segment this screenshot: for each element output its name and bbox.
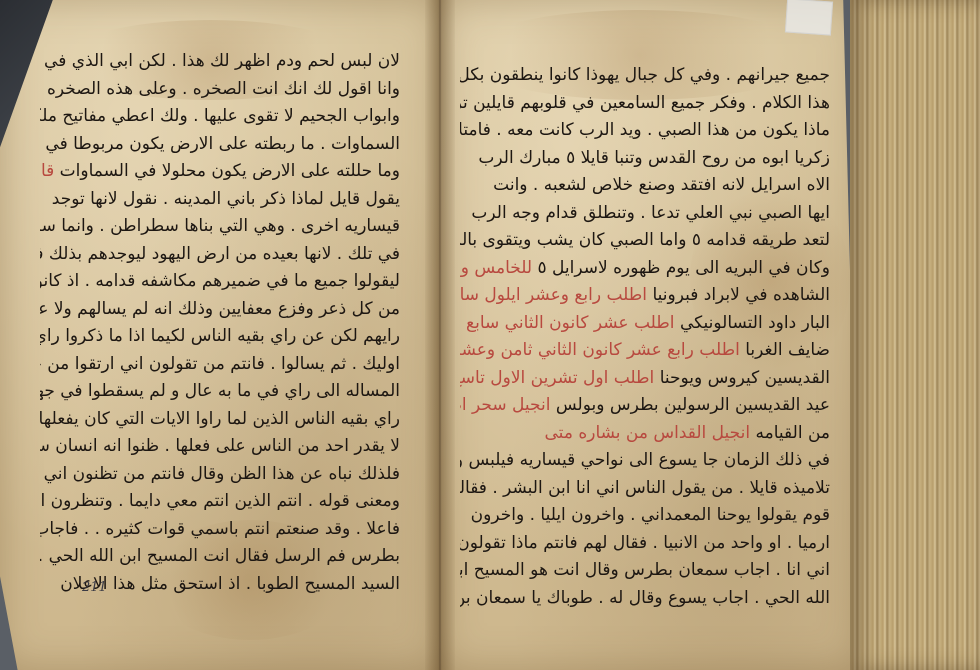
text-line: عيد القديسين الرسولين بطرس وبولس انجيل س… — [460, 392, 830, 420]
rubric-annotation: للخامس وعشرين — [460, 258, 532, 278]
text-line: ايها الصبي نبي العلي تدعا . وتنطلق قدام … — [460, 200, 830, 228]
text-line: وابواب الجحيم لا تقوى عليها . ولك اعطي م… — [40, 103, 400, 131]
rubric-annotation: اطلب اول تشرين الاول تاسع وعشر — [460, 368, 654, 388]
text-line: لا يقدر احد من الناس على فعلها . ظنوا ان… — [40, 433, 400, 461]
text-line: بطرس فم الرسل فقال انت المسيح ابن الله ا… — [40, 543, 400, 571]
text-line: فلذلك نباه عن هذا الظن وقال فانتم من تظن… — [40, 461, 400, 489]
text-line: فاعلا . وقد صنعتم انتم باسمي قوات كثيره … — [40, 516, 400, 544]
text-line: يقول قايل لماذا ذكر باني المدينه . نقول … — [40, 186, 400, 214]
text-line: اني انا . اجاب سمعان بطرس وقال انت هو ال… — [460, 557, 830, 585]
text-line: الله الحي . اجاب يسوع وقال له . طوباك يا… — [460, 585, 830, 613]
text-line: الاه اسرايل لانه افتقد وصنع خلاص لشعبه .… — [460, 172, 830, 200]
foliation-number: 211 — [82, 580, 107, 595]
manuscript-spread: لان لبس لحم ودم اظهر لك هذا . لكن ابي ال… — [0, 0, 980, 670]
text-line: وما حللته على الارض يكون محلولا في السما… — [40, 158, 400, 186]
text-line: قوم يقولوا يوحنا المعمداني . واخرون ايلي… — [460, 502, 830, 530]
text-line: قيساريه اخرى . وهي التي بناها سطراطن . و… — [40, 213, 400, 241]
text-line: لتعد طريقه قدامه ٥ واما الصبي كان يشب وي… — [460, 227, 830, 255]
text-line: القديسين كيروس ويوحنا اطلب اول تشرين الا… — [460, 365, 830, 393]
rubric-annotation: اطلب رابع عشر كانون الثاني ثامن وعشر نقل… — [460, 340, 740, 360]
text-line: زكريا ابوه من روح القدس وتنبا قايلا ٥ مب… — [460, 145, 830, 173]
text-line: المساله الى راي في ما به عال و لم يسقطوا… — [40, 378, 400, 406]
text-line: ماذا يكون من هذا الصبي . ويد الرب كانت م… — [460, 117, 830, 145]
text-line: من القيامه انجيل القداس من بشاره متى — [460, 420, 830, 448]
text-line: اوليك . ثم يسالوا . فانتم من تقولون اني … — [40, 351, 400, 379]
rubric-annotation: اطلب رابع وعشر ايلول سادس وعشر — [460, 285, 647, 305]
text-line: من كل ذعر وفزع معفايين وذلك انه لم يساله… — [40, 296, 400, 324]
text-line: البار داود التسالونيكي اطلب عشر كانون ال… — [460, 310, 830, 338]
text-line: لان لبس لحم ودم اظهر لك هذا . لكن ابي ال… — [40, 48, 400, 76]
text-line: في تلك . لانها بعيده من ارض اليهود ليوجد… — [40, 241, 400, 269]
text-line: ومعنى قوله . انتم الذين انتم معي دايما .… — [40, 488, 400, 516]
text-line: رايهم لكن عن راي بقيه الناس لكيما اذا ما… — [40, 323, 400, 351]
text-line: الشاهده في لابراد فبرونيا اطلب رابع وعشر… — [460, 282, 830, 310]
page-stack-fore-edge — [850, 0, 980, 670]
text-line: وكان في البريه الى يوم ظهوره لاسرايل ٥ ل… — [460, 255, 830, 283]
text-line: تلاميذه قايلا . من يقول الناس اني انا اب… — [460, 475, 830, 503]
text-line: ضايف الغربا اطلب رابع عشر كانون الثاني ث… — [460, 337, 830, 365]
text-line: وانا اقول لك انك انت الصخره . وعلى هذه ا… — [40, 76, 400, 104]
book-gutter — [425, 0, 455, 670]
text-line: هذا الكلام . وفكر جميع السامعين في قلوبه… — [460, 90, 830, 118]
text-line: في ذلك الزمان جا يسوع الى نواحي قيساريه … — [460, 447, 830, 475]
text-line: راي بقيه الناس الذين لما راوا الايات الت… — [40, 406, 400, 434]
rubric-annotation: انجيل سحر اطلب الحادي عشر — [460, 395, 550, 415]
text-line: ارميا . او واحد من الانبيا . فقال لهم فا… — [460, 530, 830, 558]
rubric-heading: قال المفسر — [40, 161, 54, 181]
text-line: ليقولوا جميع ما في ضميرهم مكاشفه قدامه .… — [40, 268, 400, 296]
text-line: السماوات . ما ربطته على الارض يكون مربوط… — [40, 131, 400, 159]
text-line: جميع جيرانهم . وفي كل جبال يهوذا كانوا ي… — [460, 62, 830, 90]
rubric-annotation: اطلب عشر كانون الثاني سابع وعشر شمشتون — [460, 313, 675, 333]
tape-strip — [785, 0, 833, 36]
left-page-text: لان لبس لحم ودم اظهر لك هذا . لكن ابي ال… — [40, 48, 400, 598]
rubric-heading: انجيل القداس من بشاره متى — [545, 423, 751, 443]
right-page-text: جميع جيرانهم . وفي كل جبال يهوذا كانوا ي… — [460, 62, 830, 612]
